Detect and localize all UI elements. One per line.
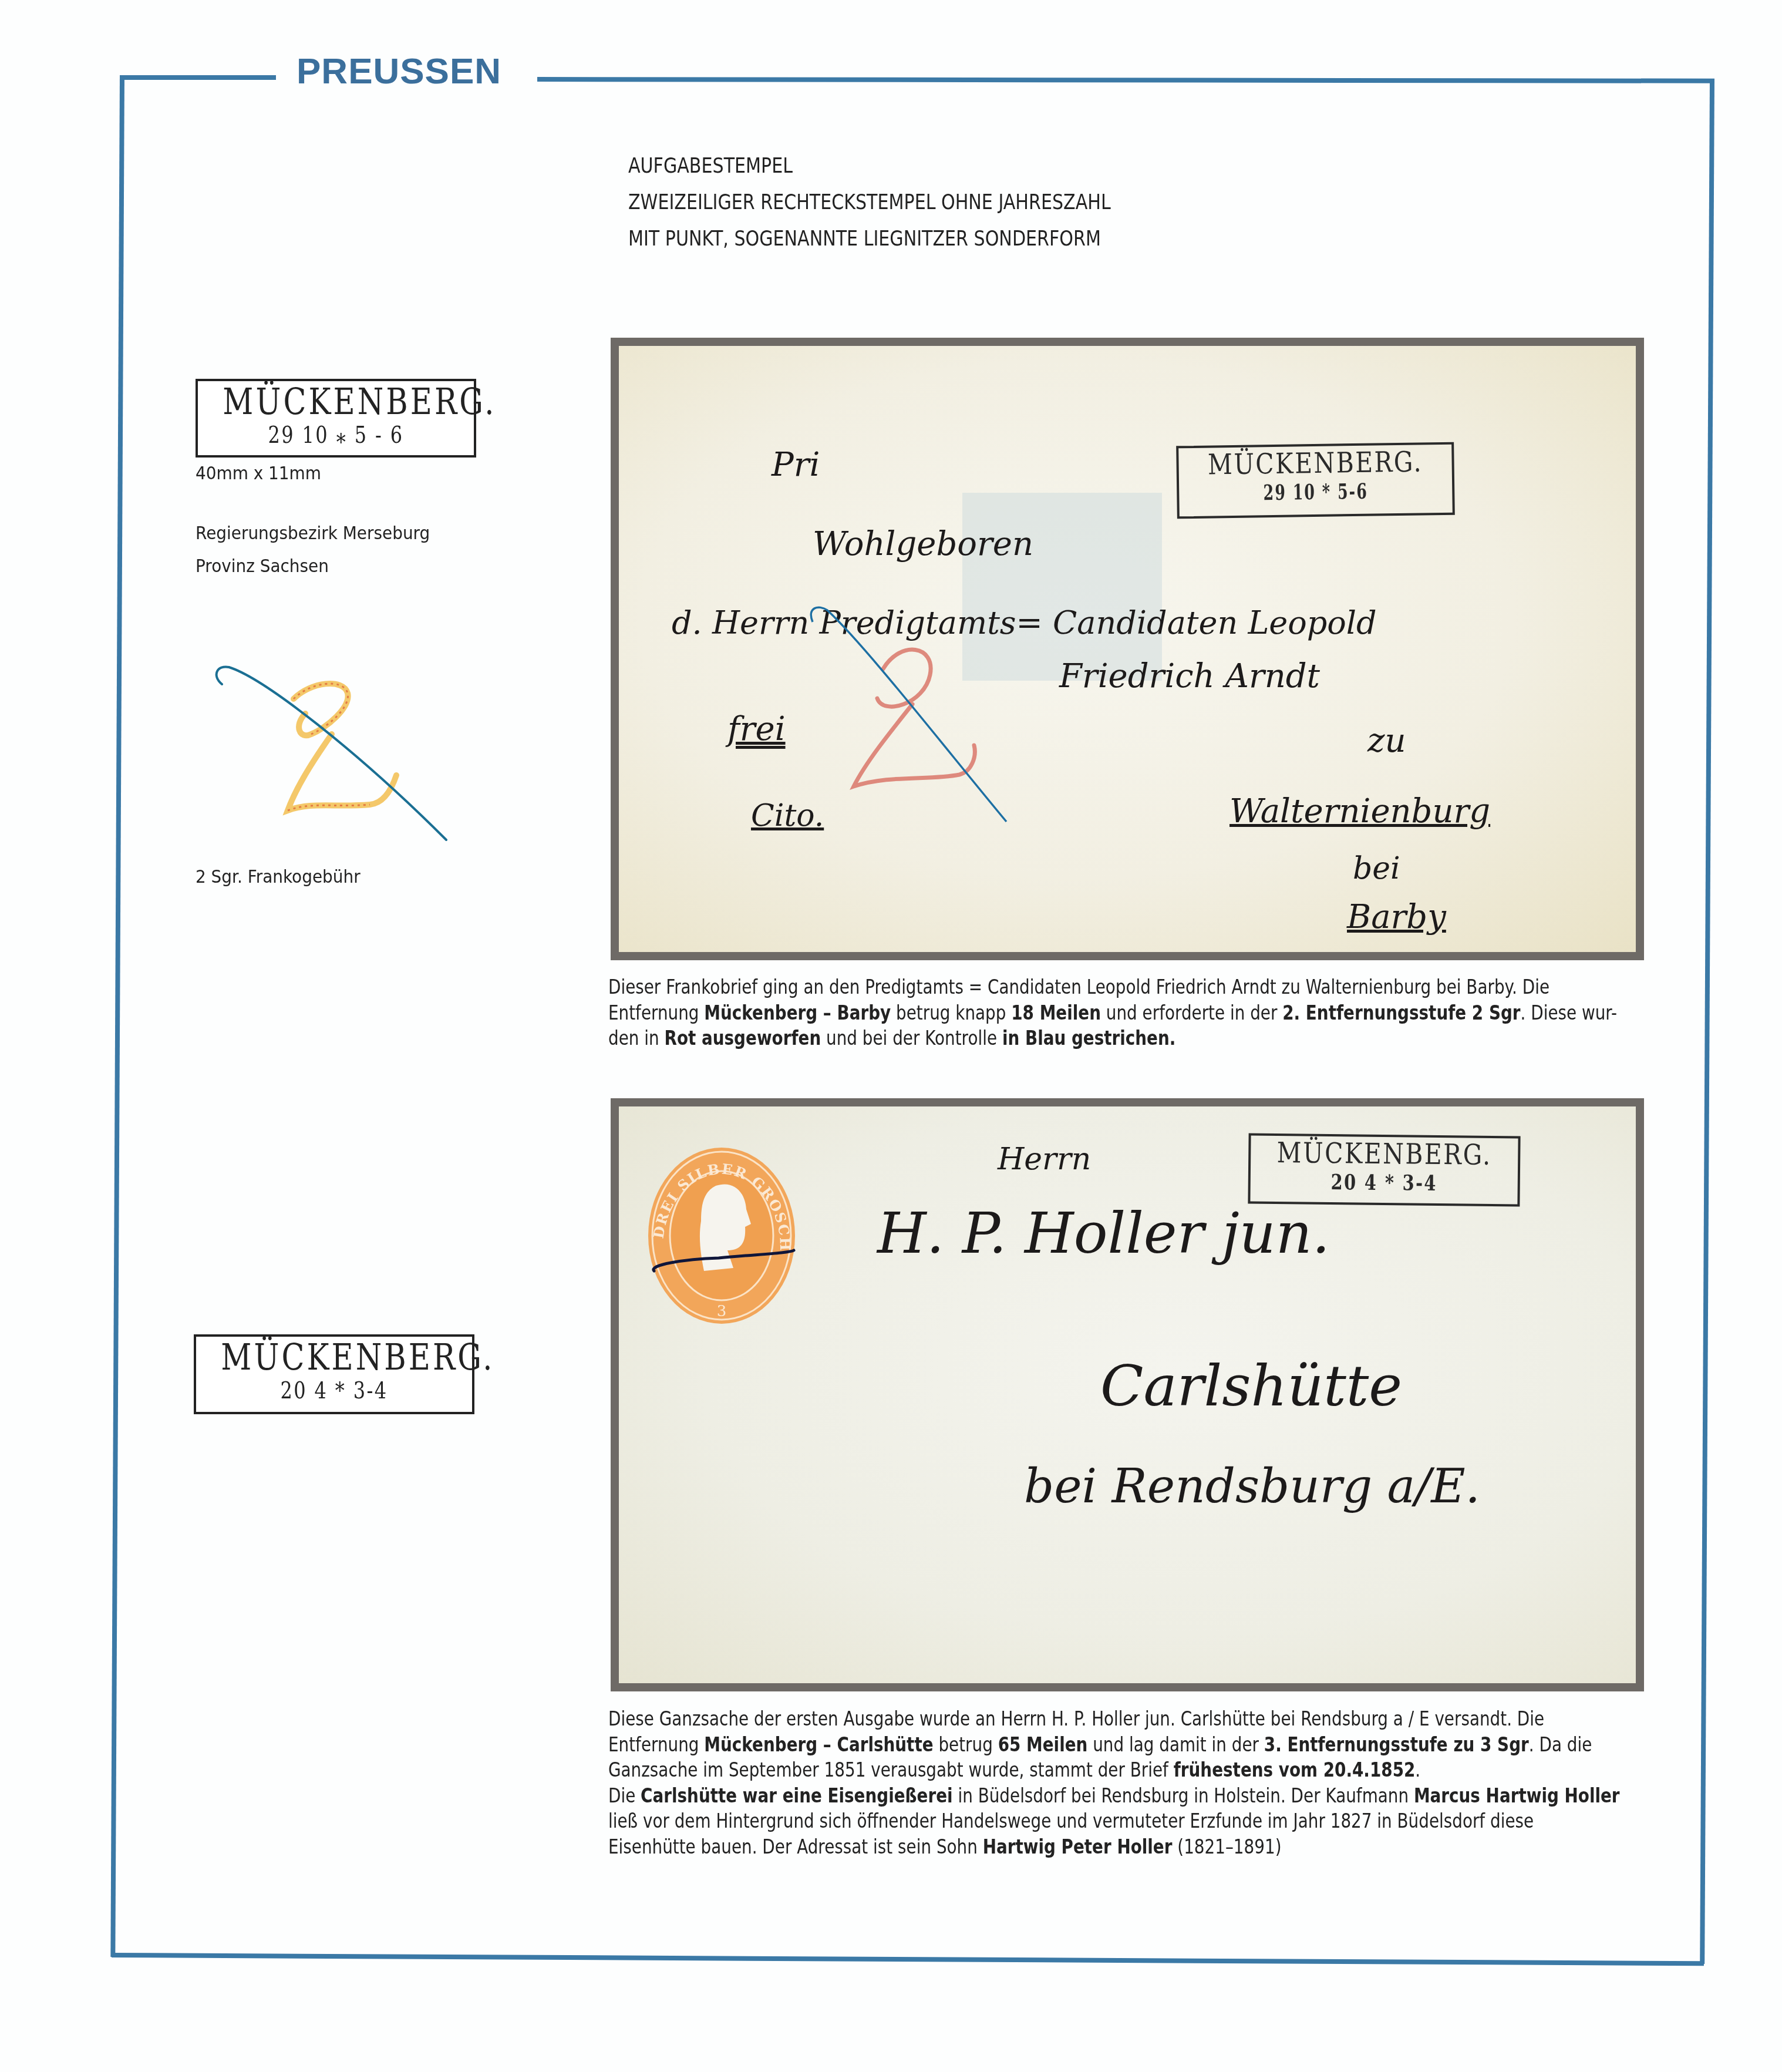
caption-text: Entfernung bbox=[608, 1733, 704, 1756]
caption-text: . Diese wur- bbox=[1521, 1001, 1617, 1024]
frame-top-left-segment bbox=[122, 75, 276, 80]
svg-text:3: 3 bbox=[717, 1303, 727, 1320]
caption-emphasis: Marcus Hartwig Holler bbox=[1414, 1784, 1620, 1807]
caption-emphasis: Carlshütte war eine Eisengießerei bbox=[641, 1784, 952, 1807]
heading-line: ZWEIZEILIGER RECHTECKSTEMPEL OHNE JAHRES… bbox=[628, 184, 1111, 221]
cover-2-postmark: MÜCKENBERG. 20 4 * 3-4 bbox=[1248, 1133, 1520, 1207]
caption-emphasis: 2. Entfernungsstufe 2 Sgr bbox=[1282, 1001, 1520, 1024]
postmark-town: MÜCKENBERG. bbox=[221, 1337, 447, 1378]
caption-emphasis: 3. Entfernungsstufe zu 3 Sgr bbox=[1264, 1733, 1529, 1756]
handwriting-line: zu bbox=[1367, 722, 1406, 760]
caption-text: und lag damit in der bbox=[1087, 1733, 1264, 1756]
frame-left-edge bbox=[110, 75, 124, 1957]
indicium-oval-icon: DREI SILBER GROSCHEN 3 bbox=[645, 1145, 798, 1327]
caption-line: Ganzsache im September 1851 verausgabt w… bbox=[608, 1757, 1494, 1783]
cover-1-caption: Dieser Frankobrief ging an den Predigtam… bbox=[608, 974, 1659, 1051]
handwriting-line: Carlshütte bbox=[1100, 1353, 1402, 1419]
caption-emphasis: Rot ausgeworfen bbox=[664, 1027, 821, 1050]
postmark-illustration-1: MÜCKENBERG. 29 10 ⁎ 5 - 6 bbox=[196, 379, 476, 458]
caption-line: Eisenhütte bauen. Der Adressat ist sein … bbox=[608, 1834, 1494, 1860]
indicium-cancel-stroke bbox=[648, 1242, 801, 1283]
cover-1-envelope: MÜCKENBERG. 29 10 * 5-6 Pri Wohlgeboren … bbox=[619, 346, 1636, 952]
caption-line: Diese Ganzsache der ersten Ausgabe wurde… bbox=[608, 1706, 1494, 1732]
cover-2-envelope: DREI SILBER GROSCHEN 3 MÜCKENBERG. 20 4 … bbox=[619, 1106, 1636, 1683]
caption-emphasis: Mückenberg – Barby bbox=[704, 1001, 891, 1024]
cover-2: DREI SILBER GROSCHEN 3 MÜCKENBERG. 20 4 … bbox=[611, 1098, 1644, 1691]
handwriting-line: bei bbox=[1353, 851, 1400, 886]
red-fee-mark-and-blue-stroke bbox=[795, 598, 1042, 845]
caption-line: Entfernung Mückenberg – Barby betrug kna… bbox=[608, 1000, 1494, 1026]
handwriting-line: bei Rendsburg a/E. bbox=[1024, 1459, 1480, 1513]
handwriting-line: Pri bbox=[772, 446, 820, 484]
cover-2-caption: Diese Ganzsache der ersten Ausgabe wurde… bbox=[608, 1706, 1659, 1859]
frame-right-edge bbox=[1700, 80, 1714, 1964]
caption-text: betrug bbox=[934, 1733, 998, 1756]
postmark-town: MÜCKENBERG. bbox=[223, 381, 449, 422]
section-heading: AUFGABESTEMPEL ZWEIZEILIGER RECHTECKSTEM… bbox=[628, 148, 1111, 257]
caption-text: und erforderte in der bbox=[1101, 1001, 1282, 1024]
handwriting-line: Walternienburg bbox=[1229, 792, 1490, 830]
caption-text: (1821–1891) bbox=[1172, 1835, 1281, 1858]
caption-text: und bei der Kontrolle bbox=[821, 1027, 1002, 1050]
fee-mark-illustration bbox=[194, 646, 458, 857]
handwriting-line: Friedrich Arndt bbox=[1059, 657, 1320, 695]
province-line: Provinz Sachsen bbox=[196, 556, 329, 577]
frame-bottom-edge bbox=[112, 1953, 1704, 1966]
caption-line: Dieser Frankobrief ging an den Predigtam… bbox=[608, 974, 1494, 1000]
postmark-illustration-2: MÜCKENBERG. 20 4 * 3-4 bbox=[194, 1334, 474, 1414]
caption-emphasis: frühestens vom 20.4.1852 bbox=[1174, 1758, 1416, 1781]
caption-text: ließ vor dem Hintergrund sich öffnender … bbox=[608, 1809, 1534, 1832]
handwriting-line: H. P. Holler jun. bbox=[877, 1200, 1330, 1266]
caption-emphasis: Mückenberg – Carlshütte bbox=[704, 1733, 933, 1756]
caption-line: ließ vor dem Hintergrund sich öffnender … bbox=[608, 1808, 1494, 1834]
caption-text: Ganzsache im September 1851 verausgabt w… bbox=[608, 1758, 1174, 1781]
caption-text: in Büdelsdorf bei Rendsburg in Holstein.… bbox=[953, 1784, 1414, 1807]
caption-text: Die bbox=[608, 1784, 641, 1807]
caption-text: Dieser Frankobrief ging an den Predigtam… bbox=[608, 976, 1549, 998]
caption-line: Entfernung Mückenberg – Carlshütte betru… bbox=[608, 1732, 1494, 1758]
postmark-date: 29 10 ⁎ 5 - 6 bbox=[225, 422, 446, 448]
cover-1-postmark: MÜCKENBERG. 29 10 * 5-6 bbox=[1176, 442, 1455, 519]
caption-text: Diese Ganzsache der ersten Ausgabe wurde… bbox=[608, 1707, 1544, 1730]
region-line: Regierungsbezirk Merseburg bbox=[196, 523, 430, 544]
heading-line: AUFGABESTEMPEL bbox=[628, 148, 1111, 184]
postmark-date: 20 4 * 3-4 bbox=[224, 1378, 444, 1404]
handwriting-line: Herrn bbox=[998, 1142, 1091, 1177]
handwriting-frei: frei bbox=[727, 710, 786, 748]
page-title: PREUSSEN bbox=[297, 51, 501, 92]
caption-text: . bbox=[1415, 1758, 1420, 1781]
cover-1: MÜCKENBERG. 29 10 * 5-6 Pri Wohlgeboren … bbox=[611, 338, 1644, 960]
caption-emphasis: 65 Meilen bbox=[998, 1733, 1088, 1756]
caption-emphasis: Hartwig Peter Holler bbox=[983, 1835, 1173, 1858]
caption-text: Entfernung bbox=[608, 1001, 704, 1024]
fee-note: 2 Sgr. Frankogebühr bbox=[196, 866, 361, 887]
heading-line: MIT PUNKT, SOGENANNTE LIEGNITZER SONDERF… bbox=[628, 221, 1111, 257]
caption-text: . Da die bbox=[1529, 1733, 1592, 1756]
stamp-indicium: DREI SILBER GROSCHEN 3 bbox=[645, 1145, 798, 1327]
handwriting-line: Barby bbox=[1347, 898, 1446, 936]
caption-text: betrug knapp bbox=[891, 1001, 1011, 1024]
caption-emphasis: in Blau gestrichen. bbox=[1002, 1027, 1175, 1050]
postmark-size-note: 40mm x 11mm bbox=[196, 463, 321, 484]
caption-text: Eisenhütte bauen. Der Adressat ist sein … bbox=[608, 1835, 983, 1858]
caption-line: den in Rot ausgeworfen und bei der Kontr… bbox=[608, 1025, 1494, 1051]
caption-emphasis: 18 Meilen bbox=[1011, 1001, 1101, 1024]
frame-top-right-segment bbox=[537, 77, 1714, 83]
caption-line: Die Carlshütte war eine Eisengießerei in… bbox=[608, 1783, 1494, 1809]
handwriting-line: Wohlgeboren bbox=[813, 525, 1033, 563]
caption-text: den in bbox=[608, 1027, 664, 1050]
